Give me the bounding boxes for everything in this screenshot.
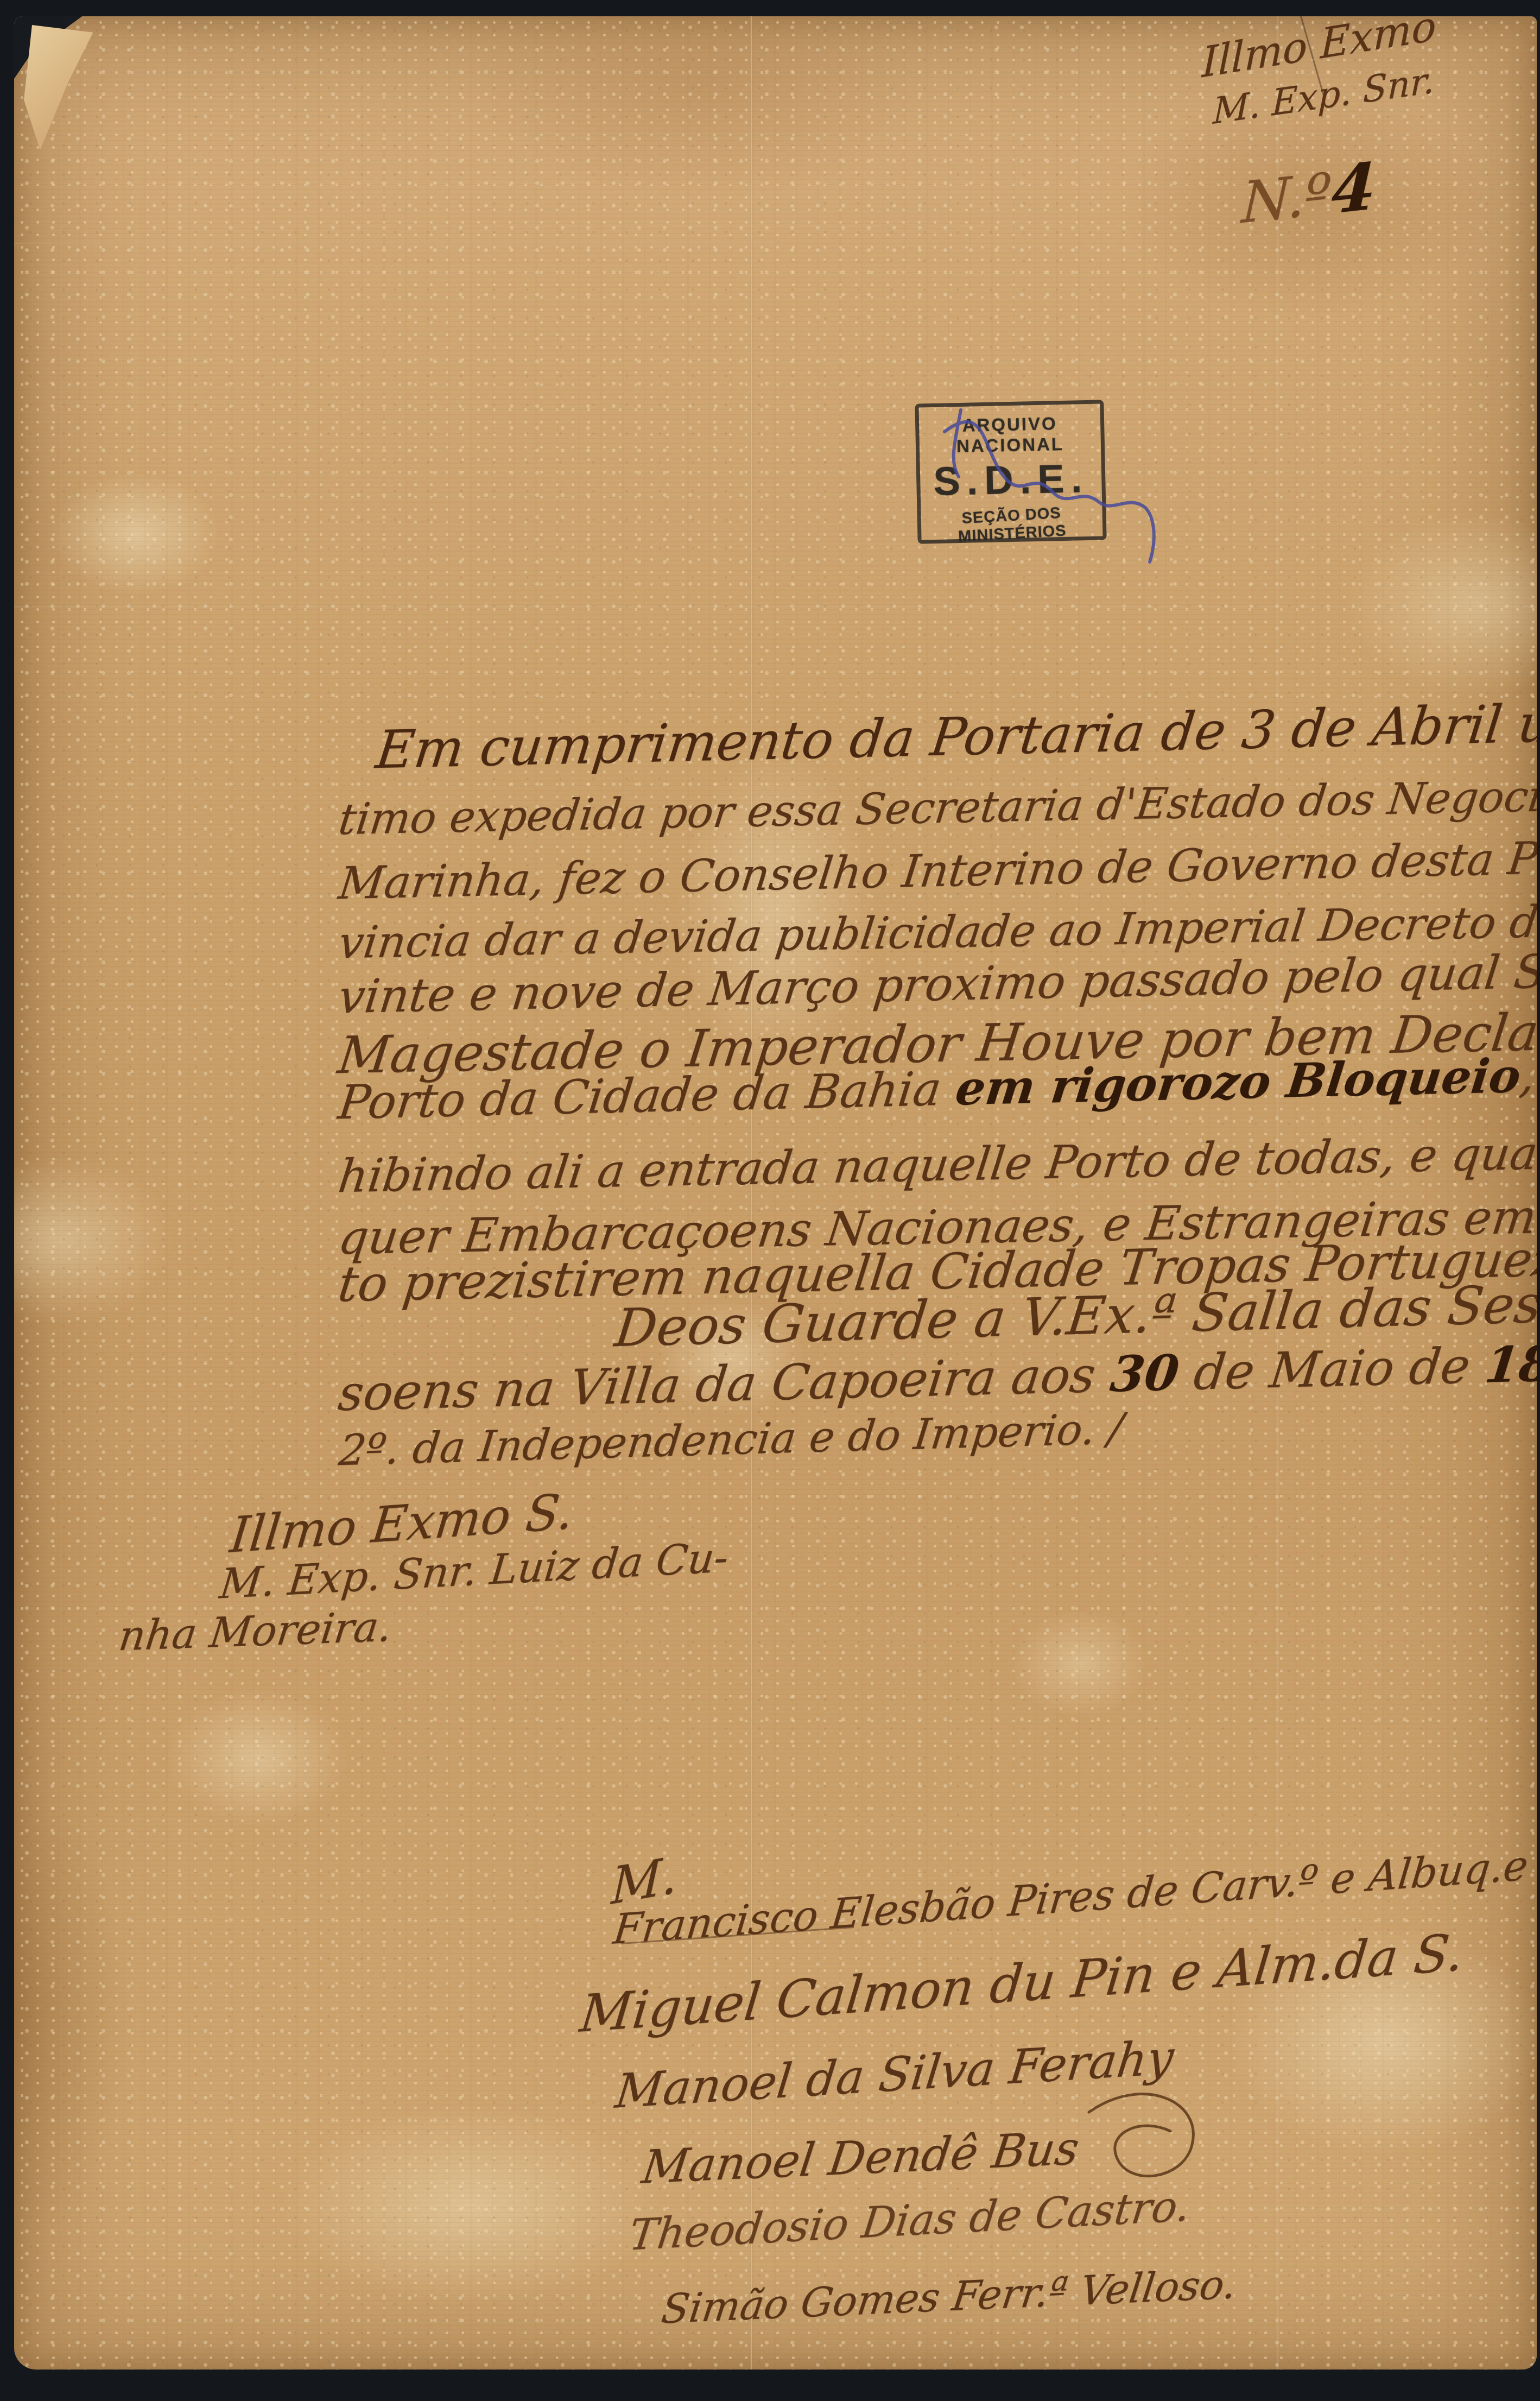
document-number-label: N.º bbox=[1240, 160, 1333, 237]
vertical-fold-right bbox=[1277, 16, 1279, 2370]
horizontal-fold-mid bbox=[14, 606, 1537, 608]
document-number: N.º4 bbox=[1240, 148, 1377, 238]
scanned-document-page: { "header": { "salutation_line1": "Illmo… bbox=[0, 0, 1540, 2401]
body-line-2: timo expedida por essa Secretaria d'Esta… bbox=[336, 769, 1537, 844]
document-number-value: 4 bbox=[1330, 148, 1378, 229]
body-line-12-mid: de Maio de bbox=[1175, 1337, 1488, 1401]
signature-3-paraph bbox=[1078, 2080, 1219, 2199]
signature-4: Manoel Dendê Bus bbox=[639, 2121, 1082, 2194]
body-line-12-year: 1823: bbox=[1482, 1332, 1537, 1394]
torn-corner-flap bbox=[24, 25, 105, 150]
body-line-1: Em cumprimento da Portaria de 3 de Abril… bbox=[373, 692, 1537, 780]
signature-6: Simão Gomes Ferr.ª Velloso. bbox=[659, 2261, 1239, 2333]
horizontal-fold-upper bbox=[14, 243, 774, 244]
signature-5: Theodosio Dias de Castro. bbox=[626, 2182, 1193, 2260]
paper-sheet: Illmo Exmo M. Exp. Snr. N.º4 ARQUIVO NAC… bbox=[14, 16, 1537, 2370]
body-line-3: Marinha, fez o Conselho Interino de Gove… bbox=[336, 831, 1537, 909]
blue-pen-scribble bbox=[852, 380, 1200, 597]
addressee-line-3: nha Moreira. bbox=[116, 1602, 395, 1660]
body-line-12-day: 30 bbox=[1107, 1344, 1182, 1403]
body-line-8: hibindo ali a entrada naquelle Porto de … bbox=[335, 1125, 1537, 1203]
